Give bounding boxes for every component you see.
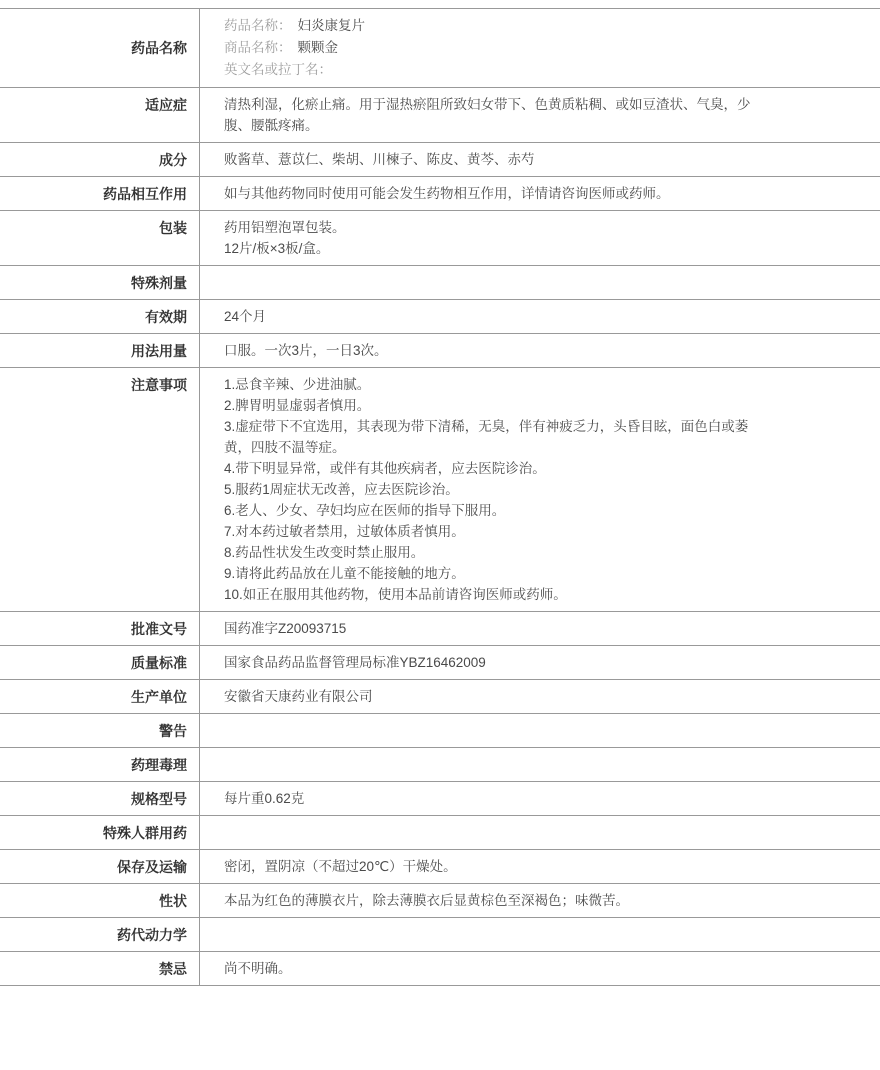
row-value-text: 24个月 bbox=[224, 306, 870, 327]
row-value: 药用铝塑泡罩包装。 12片/板×3板/盒。 bbox=[200, 211, 880, 265]
row-label: 药代动力学 bbox=[0, 918, 200, 951]
table-row-pharmacology-toxicology: 药理毒理 bbox=[0, 748, 880, 782]
row-value-line: 12片/板×3板/盒。 bbox=[224, 238, 870, 259]
row-label: 用法用量 bbox=[0, 334, 200, 367]
precaution-item: 7.对本药过敏者禁用，过敏体质者慎用。 bbox=[224, 521, 766, 542]
row-value bbox=[200, 714, 880, 747]
row-label: 质量标准 bbox=[0, 646, 200, 679]
row-value: 败酱草、薏苡仁、柴胡、川楝子、陈皮、黄芩、赤芍 bbox=[200, 143, 880, 176]
row-label: 性状 bbox=[0, 884, 200, 917]
field-name-label: 药品名称： bbox=[224, 18, 292, 33]
row-label: 药品相互作用 bbox=[0, 177, 200, 210]
row-value bbox=[200, 748, 880, 781]
table-row-warning: 警告 bbox=[0, 714, 880, 748]
row-value: 清热利湿，化瘀止痛。用于湿热瘀阻所致妇女带下、色黄质粘稠、或如豆渣状、气臭，少腹… bbox=[200, 88, 880, 142]
row-label: 特殊人群用药 bbox=[0, 816, 200, 849]
row-value bbox=[200, 266, 880, 299]
row-value-text: 败酱草、薏苡仁、柴胡、川楝子、陈皮、黄芩、赤芍 bbox=[224, 149, 870, 170]
row-value-text: 清热利湿，化瘀止痛。用于湿热瘀阻所致妇女带下、色黄质粘稠、或如豆渣状、气臭，少腹… bbox=[224, 94, 766, 136]
table-row-pharmacokinetics: 药代动力学 bbox=[0, 918, 880, 952]
table-row-special-dosage: 特殊剂量 bbox=[0, 266, 880, 300]
row-value-text: 本品为红色的薄膜衣片，除去薄膜衣后显黄棕色至深褐色；味微苦。 bbox=[224, 890, 870, 911]
row-value bbox=[200, 918, 880, 951]
row-value-line: 药用铝塑泡罩包装。 bbox=[224, 217, 870, 238]
precaution-item: 9.请将此药品放在儿童不能接触的地方。 bbox=[224, 563, 766, 584]
row-value: 安徽省天康药业有限公司 bbox=[200, 680, 880, 713]
drug-info-page: 药品名称 药品名称：妇炎康复片 商品名称：颗颗金 英文名或拉丁名： 适应症 清热… bbox=[0, 0, 880, 1070]
field-value-text: 颗颗金 bbox=[298, 40, 339, 55]
precaution-item: 1.忌食辛辣、少进油腻。 bbox=[224, 374, 766, 395]
table-row-shelf-life: 有效期 24个月 bbox=[0, 300, 880, 334]
row-label: 特殊剂量 bbox=[0, 266, 200, 299]
row-value: 1.忌食辛辣、少进油腻。 2.脾胃明显虚弱者慎用。 3.虚症带下不宜选用，其表现… bbox=[200, 368, 880, 611]
field-english-name: 英文名或拉丁名： bbox=[224, 59, 870, 81]
precaution-item: 10.如正在服用其他药物，使用本品前请咨询医师或药师。 bbox=[224, 584, 766, 605]
row-value: 国家食品药品监督管理局标准YBZ16462009 bbox=[200, 646, 880, 679]
row-value-text: 国药准字Z20093715 bbox=[224, 618, 870, 639]
row-label: 药理毒理 bbox=[0, 748, 200, 781]
row-value-text: 国家食品药品监督管理局标准YBZ16462009 bbox=[224, 652, 870, 673]
field-value-text: 妇炎康复片 bbox=[298, 18, 366, 33]
table-row-special-population: 特殊人群用药 bbox=[0, 816, 880, 850]
row-value: 口服。一次3片，一日3次。 bbox=[200, 334, 880, 367]
table-row-ingredients: 成分 败酱草、薏苡仁、柴胡、川楝子、陈皮、黄芩、赤芍 bbox=[0, 143, 880, 177]
row-value-text: 密闭，置阴凉（不超过20℃）干燥处。 bbox=[224, 856, 870, 877]
table-row-packaging: 包装 药用铝塑泡罩包装。 12片/板×3板/盒。 bbox=[0, 211, 880, 266]
row-value: 药品名称：妇炎康复片 商品名称：颗颗金 英文名或拉丁名： bbox=[200, 9, 880, 87]
precaution-item: 6.老人、少女、孕妇均应在医师的指导下服用。 bbox=[224, 500, 766, 521]
row-value-text: 尚不明确。 bbox=[224, 958, 870, 979]
row-label: 警告 bbox=[0, 714, 200, 747]
row-value: 本品为红色的薄膜衣片，除去薄膜衣后显黄棕色至深褐色；味微苦。 bbox=[200, 884, 880, 917]
row-label: 适应症 bbox=[0, 88, 200, 142]
field-name-label: 英文名或拉丁名： bbox=[224, 62, 332, 77]
row-label: 药品名称 bbox=[0, 9, 200, 87]
precaution-item: 4.带下明显异常，或伴有其他疾病者，应去医院诊治。 bbox=[224, 458, 766, 479]
row-value: 国药准字Z20093715 bbox=[200, 612, 880, 645]
row-label: 生产单位 bbox=[0, 680, 200, 713]
table-row-contraindications: 禁忌 尚不明确。 bbox=[0, 952, 880, 986]
row-label: 有效期 bbox=[0, 300, 200, 333]
row-label: 禁忌 bbox=[0, 952, 200, 985]
row-label: 保存及运输 bbox=[0, 850, 200, 883]
row-label: 规格型号 bbox=[0, 782, 200, 815]
table-row-quality-standard: 质量标准 国家食品药品监督管理局标准YBZ16462009 bbox=[0, 646, 880, 680]
table-row-manufacturer: 生产单位 安徽省天康药业有限公司 bbox=[0, 680, 880, 714]
table-row-interactions: 药品相互作用 如与其他药物同时使用可能会发生药物相互作用，详情请咨询医师或药师。 bbox=[0, 177, 880, 211]
field-trade-name: 商品名称：颗颗金 bbox=[224, 37, 870, 59]
table-row-drug-name: 药品名称 药品名称：妇炎康复片 商品名称：颗颗金 英文名或拉丁名： bbox=[0, 9, 880, 88]
table-row-approval-number: 批准文号 国药准字Z20093715 bbox=[0, 612, 880, 646]
row-value-text: 安徽省天康药业有限公司 bbox=[224, 686, 870, 707]
field-name-label: 商品名称： bbox=[224, 40, 292, 55]
row-value: 每片重0.62克 bbox=[200, 782, 880, 815]
row-value-text: 口服。一次3片，一日3次。 bbox=[224, 340, 870, 361]
row-value: 密闭，置阴凉（不超过20℃）干燥处。 bbox=[200, 850, 880, 883]
row-value: 尚不明确。 bbox=[200, 952, 880, 985]
row-label: 注意事项 bbox=[0, 368, 200, 611]
row-value: 如与其他药物同时使用可能会发生药物相互作用，详情请咨询医师或药师。 bbox=[200, 177, 880, 210]
row-label: 包装 bbox=[0, 211, 200, 265]
table-row-specification: 规格型号 每片重0.62克 bbox=[0, 782, 880, 816]
precaution-item: 8.药品性状发生改变时禁止服用。 bbox=[224, 542, 766, 563]
row-value bbox=[200, 816, 880, 849]
table-row-indications: 适应症 清热利湿，化瘀止痛。用于湿热瘀阻所致妇女带下、色黄质粘稠、或如豆渣状、气… bbox=[0, 88, 880, 143]
field-generic-name: 药品名称：妇炎康复片 bbox=[224, 15, 870, 37]
table-row-precautions: 注意事项 1.忌食辛辣、少进油腻。 2.脾胃明显虚弱者慎用。 3.虚症带下不宜选… bbox=[0, 368, 880, 612]
drug-info-table: 药品名称 药品名称：妇炎康复片 商品名称：颗颗金 英文名或拉丁名： 适应症 清热… bbox=[0, 8, 880, 986]
table-row-storage: 保存及运输 密闭，置阴凉（不超过20℃）干燥处。 bbox=[0, 850, 880, 884]
row-value-text: 如与其他药物同时使用可能会发生药物相互作用，详情请咨询医师或药师。 bbox=[224, 183, 870, 204]
row-label: 批准文号 bbox=[0, 612, 200, 645]
precaution-item: 5.服药1周症状无改善，应去医院诊治。 bbox=[224, 479, 766, 500]
precaution-item: 2.脾胃明显虚弱者慎用。 bbox=[224, 395, 766, 416]
table-row-description: 性状 本品为红色的薄膜衣片，除去薄膜衣后显黄棕色至深褐色；味微苦。 bbox=[0, 884, 880, 918]
precaution-item: 3.虚症带下不宜选用，其表现为带下清稀，无臭，伴有神疲乏力，头昏目眩，面色白或萎… bbox=[224, 416, 766, 458]
table-row-dosage: 用法用量 口服。一次3片，一日3次。 bbox=[0, 334, 880, 368]
row-label: 成分 bbox=[0, 143, 200, 176]
row-value-text: 每片重0.62克 bbox=[224, 788, 870, 809]
row-value: 24个月 bbox=[200, 300, 880, 333]
